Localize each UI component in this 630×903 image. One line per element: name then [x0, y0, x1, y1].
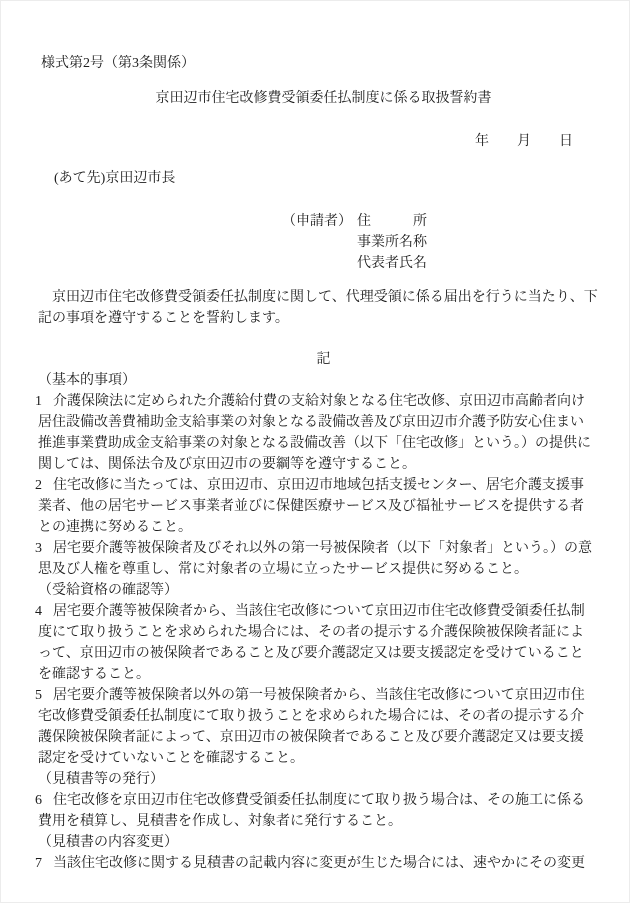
- address-label: 住 所: [357, 211, 427, 232]
- pledge-item-4: 4居宅要介護等被保険者から、当該住宅改修について京田辺市住宅改修費受領委任払制度…: [38, 601, 609, 685]
- item-line: 4居宅要介護等被保険者から、当該住宅改修について京田辺市住宅改修費受領委任払制: [38, 601, 609, 622]
- office-name-label: 事業所名称: [357, 232, 427, 253]
- item-line: 業者、他の居宅サービス事業者並びに保健医療サービス及び福祉サービスを提供する者: [38, 496, 609, 517]
- item-line: を確認すること。: [38, 664, 609, 685]
- section-header: （受給資格の確認等）: [38, 580, 609, 601]
- pledge-paragraph-line: 記の事項を遵守することを誓約します。: [38, 308, 609, 329]
- applicant-block: （申請者） 住 所 事業所名称 代表者氏名: [282, 211, 609, 274]
- section-header: （見積書の内容変更）: [38, 832, 609, 853]
- item-number: 5: [35, 685, 53, 706]
- item-line: 3居宅要介護等被保険者及びそれ以外の第一号被保険者（以下「対象者」という。）の意: [38, 538, 609, 559]
- item-line: 護保険被保険者証によって、京田辺市の被保険者であること及び要介護認定又は要支援: [38, 727, 609, 748]
- pledge-item-7: 7当該住宅改修に関する見積書の記載内容に変更が生じた場合には、速やかにその変更: [38, 853, 609, 874]
- document-page: 様式第2号（第3条関係） 京田辺市住宅改修費受領委任払制度に係る取扱誓約書 年 …: [0, 0, 630, 903]
- pledge-item-5: 5居宅要介護等被保険者以外の第一号被保険者から、当該住宅改修について京田辺市住宅…: [38, 685, 609, 769]
- item-line: 2住宅改修に当たっては、京田辺市、京田辺市地域包括支援センター、居宅介護支援事: [38, 475, 609, 496]
- representative-label: 代表者氏名: [357, 253, 427, 274]
- item-line: 思及び人権を尊重し、常に対象者の立場に立ったサービス提供に努めること。: [38, 559, 609, 580]
- item-number: 7: [35, 853, 53, 874]
- section-header: （見積書等の発行）: [38, 769, 609, 790]
- item-number: 6: [35, 790, 53, 811]
- addressee-line: (あて先)京田辺市長: [54, 168, 609, 189]
- address-label-last: 所: [413, 211, 427, 232]
- ki-mark: 記: [38, 349, 609, 370]
- pledge-item-3: 3居宅要介護等被保険者及びそれ以外の第一号被保険者（以下「対象者」という。）の意…: [38, 538, 609, 580]
- item-line: 度にて取り扱うことを求められた場合には、その者の提示する介護保険被保険者証によ: [38, 622, 609, 643]
- item-number: 1: [35, 391, 53, 412]
- item-line: 宅改修費受領委任払制度にて取り扱うことを求められた場合には、その者の提示する介: [38, 706, 609, 727]
- document-title: 京田辺市住宅改修費受領委任払制度に係る取扱誓約書: [38, 88, 609, 109]
- item-line: 費用を積算し、見積書を作成し、対象者に発行すること。: [38, 811, 609, 832]
- applicant-address-row: 住 所: [357, 211, 427, 232]
- date-line: 年 月 日: [38, 131, 609, 152]
- pledge-sections: （基本的事項）1介護保険法に定められた介護給付費の支給対象となる住宅改修、京田辺…: [38, 370, 609, 874]
- item-number: 3: [35, 538, 53, 559]
- pledge-paragraph-line: 京田辺市住宅改修費受領委任払制度に関して、代理受領に係る届出を行うに当たり、下: [38, 287, 609, 308]
- item-line: 居住設備改善費補助金支給事業の対象となる設備改善及び京田辺市介護予防安心住まい: [38, 412, 609, 433]
- applicant-label: （申請者）: [282, 211, 352, 274]
- pledge-item-2: 2住宅改修に当たっては、京田辺市、京田辺市地域包括支援センター、居宅介護支援事業…: [38, 475, 609, 538]
- item-line: 関しては、関係法令及び京田辺市の要綱等を遵守すること。: [38, 454, 609, 475]
- item-line: 1介護保険法に定められた介護給付費の支給対象となる住宅改修、京田辺市高齢者向け: [38, 391, 609, 412]
- item-line: 推進事業費助成金支給事業の対象となる設備改善（以下「住宅改修」という。）の提供に: [38, 433, 609, 454]
- pledge-paragraph: 京田辺市住宅改修費受領委任払制度に関して、代理受領に係る届出を行うに当たり、下 …: [38, 287, 609, 329]
- item-line: 7当該住宅改修に関する見積書の記載内容に変更が生じた場合には、速やかにその変更: [38, 853, 609, 874]
- item-line: との連携に努めること。: [38, 517, 609, 538]
- pledge-item-1: 1介護保険法に定められた介護給付費の支給対象となる住宅改修、京田辺市高齢者向け居…: [38, 391, 609, 475]
- item-number: 4: [35, 601, 53, 622]
- address-label-first: 住: [357, 211, 371, 232]
- item-number: 2: [35, 475, 53, 496]
- applicant-fields: 住 所 事業所名称 代表者氏名: [357, 211, 427, 274]
- pledge-item-6: 6住宅改修を京田辺市住宅改修費受領委任払制度にて取り扱う場合は、その施工に係る費…: [38, 790, 609, 832]
- item-line: 認定を受けていないことを確認すること。: [38, 748, 609, 769]
- form-number: 様式第2号（第3条関係）: [41, 53, 609, 74]
- item-line: 6住宅改修を京田辺市住宅改修費受領委任払制度にて取り扱う場合は、その施工に係る: [38, 790, 609, 811]
- item-line: って、京田辺市の被保険者であること及び要介護認定又は要支援認定を受けていること: [38, 643, 609, 664]
- item-line: 5居宅要介護等被保険者以外の第一号被保険者から、当該住宅改修について京田辺市住: [38, 685, 609, 706]
- section-header: （基本的事項）: [38, 370, 609, 391]
